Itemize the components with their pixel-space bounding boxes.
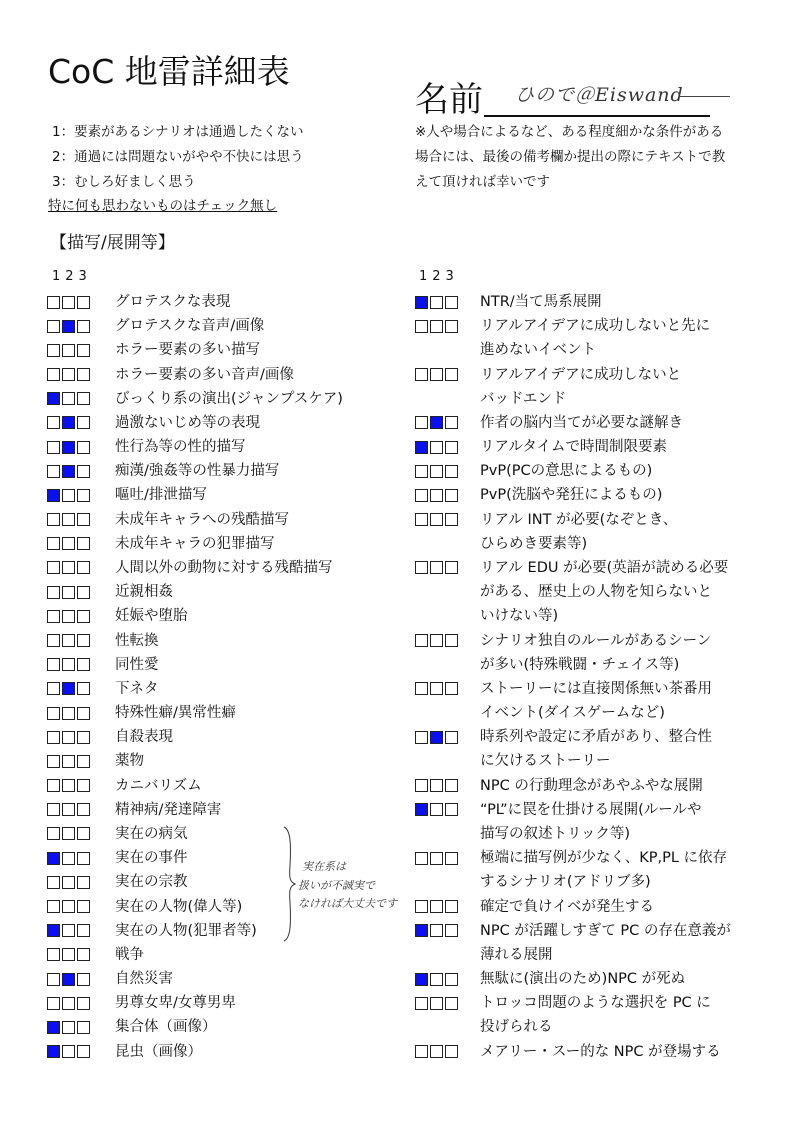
checkbox-rating-1[interactable]	[47, 731, 60, 744]
legend-item-3: 3：むしろ好ましく思う	[52, 174, 196, 190]
checklist-item-label: びっくり系の演出(ジャンプスケア)	[115, 387, 343, 411]
checklist-item-label: 集合体（画像）	[115, 1015, 217, 1039]
checklist-item-label: 自殺表現	[115, 725, 173, 749]
checkbox-rating-3[interactable]	[445, 900, 458, 913]
checkbox-rating-1[interactable]	[415, 852, 428, 865]
rating-checkboxes	[47, 755, 99, 768]
checklist-row: グロテスクな表現	[47, 290, 230, 314]
checkbox-rating-3[interactable]	[77, 296, 90, 309]
checkbox-rating-3[interactable]	[77, 368, 90, 381]
checkbox-rating-1[interactable]	[415, 997, 428, 1010]
checkbox-rating-1[interactable]	[47, 368, 60, 381]
checkbox-rating-1[interactable]	[47, 489, 60, 502]
checkbox-rating-1[interactable]	[415, 682, 428, 695]
checkbox-rating-1[interactable]	[415, 973, 428, 986]
checkbox-rating-1[interactable]	[415, 634, 428, 647]
checklist-row: 過激ないじめ等の表現	[47, 411, 260, 435]
checkbox-rating-2[interactable]	[62, 561, 75, 574]
checkbox-rating-1[interactable]	[415, 441, 428, 454]
checklist-row-continuation: いけない等)	[415, 604, 558, 628]
rating-checkboxes	[415, 513, 467, 526]
checkbox-rating-3[interactable]	[77, 1045, 90, 1058]
checkbox-rating-1[interactable]	[415, 1045, 428, 1058]
checkbox-rating-3[interactable]	[77, 852, 90, 865]
checklist-row: リアルアイデアに成功しないと	[415, 363, 681, 387]
signature-stroke	[680, 96, 730, 97]
rating-checkboxes	[415, 441, 467, 454]
checkbox-rating-3[interactable]	[77, 344, 90, 357]
checkbox-rating-2[interactable]	[62, 610, 75, 623]
checkbox-rating-2[interactable]	[430, 682, 443, 695]
checkbox-rating-1[interactable]	[415, 416, 428, 429]
checkbox-rating-2[interactable]	[430, 779, 443, 792]
rating-checkboxes	[47, 296, 99, 309]
checklist-item-label: バッドエンド	[480, 387, 566, 411]
checklist-item-label: イベント(ダイスゲームなど)	[480, 701, 665, 725]
rating-checkboxes	[47, 658, 99, 671]
rating-checkboxes	[47, 924, 99, 937]
checkbox-rating-2[interactable]	[62, 973, 75, 986]
name-value[interactable]: ひので＠Eiswand	[515, 80, 684, 107]
checklist-row: 痴漢/強姦等の性暴力描写	[47, 459, 279, 483]
checklist-row-continuation: 投げられる	[415, 1015, 553, 1039]
checklist-row: トロッコ問題のような選択を PC に	[415, 991, 711, 1015]
note-line-1: ※人や場合によるなど、ある程度細かな条件がある	[415, 124, 723, 140]
checkbox-rating-3[interactable]	[445, 320, 458, 333]
checkbox-rating-3[interactable]	[77, 1021, 90, 1034]
checkbox-rating-3[interactable]	[445, 731, 458, 744]
checkbox-rating-2[interactable]	[62, 900, 75, 913]
checkbox-rating-1[interactable]	[47, 948, 60, 961]
checkbox-rating-1[interactable]	[47, 586, 60, 599]
checklist-item-label: グロテスクな音声/画像	[115, 314, 264, 338]
checkbox-rating-1[interactable]	[47, 658, 60, 671]
checkbox-rating-3[interactable]	[77, 634, 90, 647]
rating-checkboxes	[415, 489, 467, 502]
checklist-row: 無駄に(演出のため)NPC が死ぬ	[415, 967, 685, 991]
checklist-item-label: リアルタイムで時間制限要素	[480, 435, 667, 459]
checkbox-rating-2[interactable]	[430, 368, 443, 381]
checkbox-rating-3[interactable]	[77, 876, 90, 889]
checkbox-rating-1[interactable]	[47, 513, 60, 526]
name-label: 名前	[415, 80, 483, 120]
checkbox-rating-3[interactable]	[445, 368, 458, 381]
checklist-item-label: 男尊女卑/女尊男卑	[115, 991, 236, 1015]
checkbox-rating-2[interactable]	[62, 997, 75, 1010]
checkbox-rating-1[interactable]	[47, 465, 60, 478]
checkbox-rating-1[interactable]	[47, 416, 60, 429]
checkbox-rating-3[interactable]	[77, 731, 90, 744]
checklist-item-label: リアル INT が必要(なぞとき、	[480, 508, 677, 532]
checklist-row: カニバリズム	[47, 774, 202, 798]
checklist-item-label: 妊娠や堕胎	[115, 604, 188, 628]
checklist-row: 確定で負けイベが発生する	[415, 895, 654, 919]
checkbox-rating-1[interactable]	[415, 900, 428, 913]
checklist-row: 極端に描写例が少なく、KP,PL に依存	[415, 846, 727, 870]
checklist-item-label: 薄れる展開	[480, 943, 553, 967]
checkbox-rating-3[interactable]	[445, 513, 458, 526]
checkbox-rating-2[interactable]	[430, 561, 443, 574]
checklist-row-continuation: バッドエンド	[415, 387, 566, 411]
checklist-item-label: 実在の病気	[115, 822, 188, 846]
checkbox-rating-2[interactable]	[430, 416, 443, 429]
checklist-item-label: 精神病/発達障害	[115, 798, 221, 822]
checkbox-rating-1[interactable]	[415, 779, 428, 792]
checkbox-rating-3[interactable]	[445, 489, 458, 502]
checkbox-rating-3[interactable]	[445, 296, 458, 309]
checklist-row: 昆虫（画像）	[47, 1040, 202, 1064]
checkbox-rating-1[interactable]	[415, 320, 428, 333]
checklist-row: リアルタイムで時間制限要素	[415, 435, 667, 459]
checkbox-rating-2[interactable]	[62, 682, 75, 695]
checkbox-rating-1[interactable]	[47, 561, 60, 574]
name-underline	[484, 115, 710, 117]
checkbox-rating-3[interactable]	[77, 827, 90, 840]
checkbox-rating-2[interactable]	[430, 441, 443, 454]
rating-checkboxes	[47, 320, 99, 333]
checkbox-rating-2[interactable]	[430, 634, 443, 647]
checklist-item-label: 実在の事件	[115, 846, 188, 870]
checklist-item-label: PvP(PCの意思によるもの)	[480, 459, 652, 483]
checkbox-rating-3[interactable]	[445, 803, 458, 816]
checkbox-rating-3[interactable]	[77, 416, 90, 429]
checklist-row: 作者の脳内当てが必要な謎解き	[415, 411, 683, 435]
rating-checkboxes	[47, 948, 99, 961]
checkbox-rating-1[interactable]	[47, 682, 60, 695]
checkbox-rating-2[interactable]	[62, 634, 75, 647]
checklist-item-label: ひらめき要素等)	[480, 532, 587, 556]
rating-checkboxes	[415, 561, 467, 574]
checklist-row: NPC が活躍しすぎて PC の存在意義が	[415, 919, 731, 943]
checkbox-rating-2[interactable]	[62, 296, 75, 309]
rating-checkboxes	[415, 973, 467, 986]
checkbox-rating-3[interactable]	[445, 779, 458, 792]
checkbox-rating-2[interactable]	[62, 755, 75, 768]
checkbox-rating-2[interactable]	[430, 973, 443, 986]
note-line-3: えて頂ければ幸いです	[415, 174, 550, 190]
checkbox-rating-2[interactable]	[62, 537, 75, 550]
checkbox-rating-3[interactable]	[445, 634, 458, 647]
checkbox-rating-3[interactable]	[77, 997, 90, 1010]
rating-checkboxes	[47, 392, 99, 405]
checklist-row: 性行為等の性的描写	[47, 435, 246, 459]
checklist-row-continuation: に欠けるストーリー	[415, 749, 611, 773]
checkbox-rating-3[interactable]	[77, 537, 90, 550]
checkbox-rating-3[interactable]	[77, 803, 90, 816]
checkbox-rating-2[interactable]	[62, 465, 75, 478]
checklist-row: 男尊女卑/女尊男卑	[47, 991, 236, 1015]
checklist-row: 下ネタ	[47, 677, 159, 701]
checklist-item-label: 自然災害	[115, 967, 173, 991]
checkbox-rating-3[interactable]	[77, 561, 90, 574]
checkbox-rating-2[interactable]	[430, 465, 443, 478]
checkbox-rating-3[interactable]	[445, 973, 458, 986]
rating-checkboxes	[415, 900, 467, 913]
checkbox-rating-3[interactable]	[445, 561, 458, 574]
checklist-row: 特殊性癖/異常性癖	[47, 701, 236, 725]
checklist-item-label: 実在の宗教	[115, 870, 188, 894]
checkbox-rating-2[interactable]	[62, 489, 75, 502]
checkbox-rating-2[interactable]	[62, 416, 75, 429]
checkbox-rating-3[interactable]	[445, 1045, 458, 1058]
checkbox-rating-1[interactable]	[47, 707, 60, 720]
checklist-row: 自殺表現	[47, 725, 173, 749]
rating-checkboxes	[415, 803, 467, 816]
rating-checkboxes	[47, 973, 99, 986]
checkbox-rating-3[interactable]	[77, 513, 90, 526]
checkbox-rating-2[interactable]	[430, 296, 443, 309]
checklist-row-continuation: イベント(ダイスゲームなど)	[415, 701, 665, 725]
rating-checkboxes	[415, 465, 467, 478]
checkbox-rating-2[interactable]	[62, 320, 75, 333]
checkbox-rating-1[interactable]	[47, 537, 60, 550]
checkbox-rating-2[interactable]	[430, 852, 443, 865]
checkbox-rating-1[interactable]	[47, 900, 60, 913]
checkbox-rating-1[interactable]	[415, 731, 428, 744]
checkbox-rating-1[interactable]	[47, 852, 60, 865]
legend-item-1: 1：要素があるシナリオは通過したくない	[52, 124, 303, 140]
checkbox-rating-1[interactable]	[47, 344, 60, 357]
checkbox-rating-3[interactable]	[77, 658, 90, 671]
rating-checkboxes	[47, 586, 99, 599]
checkbox-rating-1[interactable]	[415, 489, 428, 502]
checkbox-rating-1[interactable]	[47, 392, 60, 405]
checkbox-rating-3[interactable]	[77, 755, 90, 768]
rating-checkboxes	[47, 441, 99, 454]
checkbox-rating-2[interactable]	[430, 924, 443, 937]
rating-checkboxes	[415, 296, 467, 309]
section-title: 【描写/展開等】	[50, 232, 175, 254]
checkbox-rating-1[interactable]	[47, 876, 60, 889]
checkbox-rating-2[interactable]	[430, 489, 443, 502]
checklist-item-label: “PL”に罠を仕掛ける展開(ルールや	[480, 798, 701, 822]
checklist-row: メアリー・スー的な NPC が登場する	[415, 1040, 721, 1064]
checkbox-rating-3[interactable]	[77, 924, 90, 937]
checkbox-rating-1[interactable]	[47, 296, 60, 309]
checkbox-rating-1[interactable]	[415, 924, 428, 937]
checklist-row: 実在の人物(犯罪者等)	[47, 919, 257, 943]
checklist-row: NPC の行動理念があやふやな展開	[415, 774, 703, 798]
checkbox-rating-1[interactable]	[415, 296, 428, 309]
checkbox-rating-2[interactable]	[62, 586, 75, 599]
checklist-row: ホラー要素の多い音声/画像	[47, 363, 294, 387]
checklist-item-label: 確定で負けイベが発生する	[480, 895, 654, 919]
checkbox-rating-3[interactable]	[77, 779, 90, 792]
page-title: CoC 地雷詳細表	[48, 52, 290, 92]
checklist-item-label: グロテスクな表現	[115, 290, 230, 314]
handwritten-note-line-2: 扱いが不誠実で	[298, 879, 375, 893]
checkbox-rating-2[interactable]	[62, 779, 75, 792]
checkbox-rating-1[interactable]	[47, 755, 60, 768]
checkbox-rating-3[interactable]	[77, 320, 90, 333]
checkbox-rating-2[interactable]	[62, 876, 75, 889]
checkbox-rating-2[interactable]	[62, 852, 75, 865]
checklist-row: リアル EDU が必要(英語が読める必要	[415, 556, 728, 580]
rating-checkboxes	[47, 1045, 99, 1058]
checkbox-rating-3[interactable]	[77, 707, 90, 720]
checkbox-rating-2[interactable]	[430, 513, 443, 526]
checklist-item-label: 性行為等の性的描写	[115, 435, 246, 459]
checkbox-rating-2[interactable]	[62, 513, 75, 526]
checkbox-rating-2[interactable]	[62, 392, 75, 405]
rating-checkboxes	[47, 537, 99, 550]
checkbox-rating-1[interactable]	[47, 1021, 60, 1034]
checkbox-rating-2[interactable]	[430, 1045, 443, 1058]
handwritten-note-line-3: なければ大丈夫です	[298, 897, 397, 911]
checklist-item-label: 極端に描写例が少なく、KP,PL に依存	[480, 846, 727, 870]
checkbox-rating-1[interactable]	[47, 441, 60, 454]
checklist-item-label: 過激ないじめ等の表現	[115, 411, 260, 435]
checklist-row: 人間以外の動物に対する残酷描写	[47, 556, 333, 580]
checklist-item-label: トロッコ問題のような選択を PC に	[480, 991, 711, 1015]
checklist-row: 未成年キャラの犯罪描写	[47, 532, 275, 556]
checkbox-rating-1[interactable]	[47, 924, 60, 937]
checkbox-rating-2[interactable]	[430, 900, 443, 913]
checklist-item-label: が多い(特殊戦闘・チェイス等)	[480, 653, 679, 677]
checklist-item-label: 特殊性癖/異常性癖	[115, 701, 236, 725]
rating-checkboxes	[47, 900, 99, 913]
checkbox-rating-1[interactable]	[47, 320, 60, 333]
rating-checkboxes	[47, 489, 99, 502]
rating-checkboxes	[47, 344, 99, 357]
checkbox-rating-1[interactable]	[47, 827, 60, 840]
checkbox-rating-2[interactable]	[62, 368, 75, 381]
checkbox-rating-3[interactable]	[77, 465, 90, 478]
checkbox-rating-1[interactable]	[415, 368, 428, 381]
checkbox-rating-3[interactable]	[77, 948, 90, 961]
checkbox-rating-3[interactable]	[77, 973, 90, 986]
checkbox-rating-1[interactable]	[415, 803, 428, 816]
checklist-item-label: に欠けるストーリー	[480, 749, 611, 773]
checkbox-rating-3[interactable]	[77, 586, 90, 599]
rating-checkboxes	[415, 1045, 467, 1058]
checklist-item-label: 描写の叙述トリック等)	[480, 822, 630, 846]
checkbox-rating-3[interactable]	[445, 682, 458, 695]
checkbox-rating-3[interactable]	[445, 924, 458, 937]
checklist-item-label: リアルアイデアに成功しないと	[480, 363, 681, 387]
checkbox-rating-3[interactable]	[445, 416, 458, 429]
rating-checkboxes	[47, 707, 99, 720]
checkbox-rating-3[interactable]	[77, 900, 90, 913]
checklist-item-label: 実在の人物(犯罪者等)	[115, 919, 257, 943]
rating-checkboxes	[47, 610, 99, 623]
checklist-item-label: NTR/当て馬系展開	[480, 290, 602, 314]
legend-item-2: 2：通過には問題ないがやや不快には思う	[52, 149, 304, 165]
checkbox-rating-1[interactable]	[415, 465, 428, 478]
checklist-row-continuation: 描写の叙述トリック等)	[415, 822, 630, 846]
legend-unchecked-note: 特に何も思わないものはチェック無し	[48, 198, 277, 214]
checklist-row-continuation: がある、歴史上の人物を知らないと	[415, 580, 712, 604]
checkbox-rating-2[interactable]	[62, 707, 75, 720]
rating-checkboxes	[47, 1021, 99, 1034]
checklist-row: 嘔吐/排泄描写	[47, 483, 207, 507]
checklist-row-continuation: するシナリオ(アドリブ多)	[415, 870, 651, 894]
checklist-item-label: 投げられる	[480, 1015, 553, 1039]
checkbox-rating-1[interactable]	[47, 610, 60, 623]
rating-checkboxes	[415, 779, 467, 792]
checkbox-rating-1[interactable]	[47, 973, 60, 986]
checkbox-rating-3[interactable]	[445, 465, 458, 478]
checklist-row: 性転換	[47, 629, 159, 653]
checkbox-rating-3[interactable]	[77, 489, 90, 502]
checklist-item-label: 下ネタ	[115, 677, 159, 701]
column-header-left: 123	[52, 269, 92, 285]
curly-bracket-icon	[282, 826, 296, 942]
checklist-item-label: PvP(洗脳や発狂によるもの)	[480, 483, 662, 507]
rating-checkboxes	[415, 368, 467, 381]
rating-checkboxes	[415, 634, 467, 647]
checkbox-rating-2[interactable]	[62, 924, 75, 937]
checkbox-rating-3[interactable]	[445, 997, 458, 1010]
checkbox-rating-2[interactable]	[430, 997, 443, 1010]
checklist-row: 妊娠や堕胎	[47, 604, 188, 628]
checkbox-rating-2[interactable]	[62, 731, 75, 744]
handwritten-note-line-1: 実在系は	[302, 860, 346, 874]
checklist-row-continuation: ひらめき要素等)	[415, 532, 587, 556]
checkbox-rating-3[interactable]	[77, 392, 90, 405]
checkbox-rating-1[interactable]	[415, 561, 428, 574]
checkbox-rating-3[interactable]	[77, 441, 90, 454]
checkbox-rating-2[interactable]	[62, 827, 75, 840]
checkbox-rating-1[interactable]	[415, 513, 428, 526]
rating-checkboxes	[47, 682, 99, 695]
checklist-row: NTR/当て馬系展開	[415, 290, 602, 314]
rating-checkboxes	[415, 924, 467, 937]
rating-checkboxes	[47, 731, 99, 744]
checkbox-rating-2[interactable]	[62, 344, 75, 357]
checklist-item-label: リアル EDU が必要(英語が読める必要	[480, 556, 728, 580]
checkbox-rating-1[interactable]	[47, 779, 60, 792]
checkbox-rating-2[interactable]	[62, 803, 75, 816]
checkbox-rating-2[interactable]	[430, 320, 443, 333]
checkbox-rating-1[interactable]	[47, 1045, 60, 1058]
checkbox-rating-2[interactable]	[62, 658, 75, 671]
checkbox-rating-2[interactable]	[62, 1045, 75, 1058]
rating-checkboxes	[47, 779, 99, 792]
checkbox-rating-2[interactable]	[430, 803, 443, 816]
checkbox-rating-2[interactable]	[430, 731, 443, 744]
checkbox-rating-3[interactable]	[77, 610, 90, 623]
checklist-row: 実在の事件	[47, 846, 188, 870]
checkbox-rating-2[interactable]	[62, 948, 75, 961]
checklist-row: リアル INT が必要(なぞとき、	[415, 508, 677, 532]
checkbox-rating-2[interactable]	[62, 441, 75, 454]
checklist-item-label: NPC の行動理念があやふやな展開	[480, 774, 703, 798]
checklist-row: 薬物	[47, 749, 144, 773]
checkbox-rating-1[interactable]	[47, 803, 60, 816]
checklist-item-label: 未成年キャラへの残酷描写	[115, 508, 289, 532]
checklist-row: 集合体（画像）	[47, 1015, 217, 1039]
checklist-row: 時系列や設定に矛盾があり、整合性	[415, 725, 712, 749]
checklist-row: 未成年キャラへの残酷描写	[47, 508, 289, 532]
checkbox-rating-3[interactable]	[445, 441, 458, 454]
checklist-item-label: リアルアイデアに成功しないと先に	[480, 314, 710, 338]
checkbox-rating-3[interactable]	[77, 682, 90, 695]
checkbox-rating-3[interactable]	[445, 852, 458, 865]
checklist-row: ホラー要素の多い描写	[47, 338, 260, 362]
checklist-item-label: メアリー・スー的な NPC が登場する	[480, 1040, 721, 1064]
checklist-row: 実在の病気	[47, 822, 188, 846]
checklist-row: PvP(洗脳や発狂によるもの)	[415, 483, 662, 507]
checkbox-rating-1[interactable]	[47, 634, 60, 647]
checkbox-rating-2[interactable]	[62, 1021, 75, 1034]
checklist-row: ストーリーには直接関係無い茶番用	[415, 677, 712, 701]
checkbox-rating-1[interactable]	[47, 997, 60, 1010]
note-line-2: 場合には、最後の備考欄か提出の際にテキストで教	[415, 149, 725, 165]
checklist-item-label: いけない等)	[480, 604, 558, 628]
rating-checkboxes	[415, 416, 467, 429]
checklist-item-label: するシナリオ(アドリブ多)	[480, 870, 651, 894]
